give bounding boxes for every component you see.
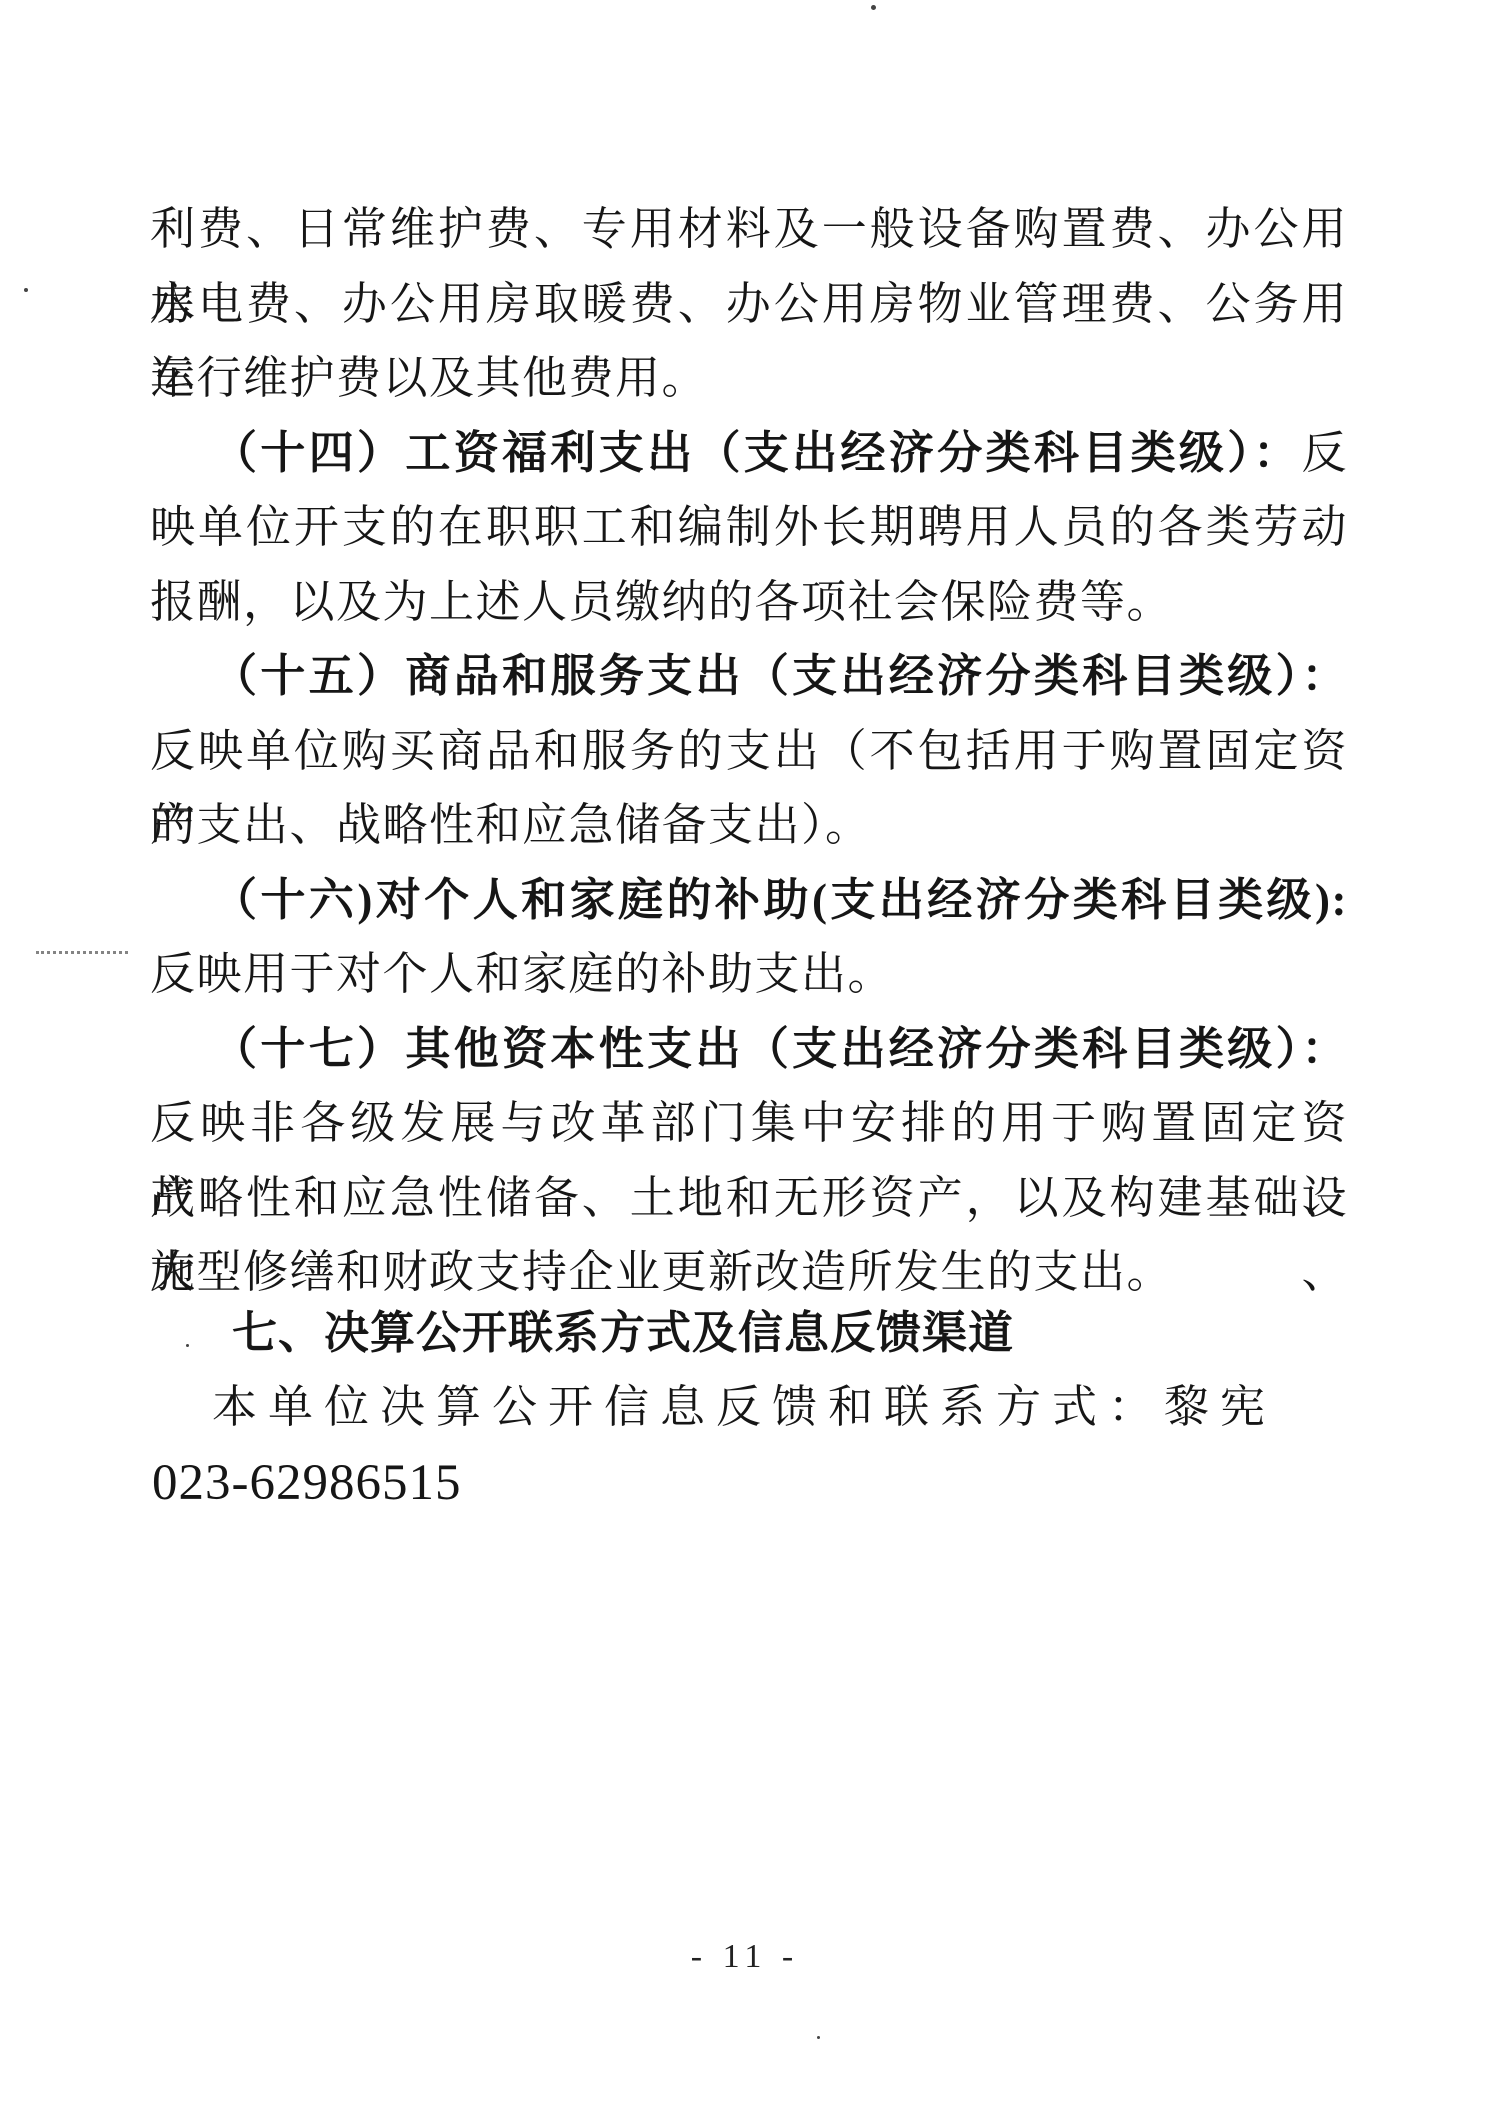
- text-segment: （十七）其他资本性支出（支出经济分类科目类级）：: [212, 1024, 1348, 1074]
- document-page: { "document": { "lines": [ { "indent": f…: [0, 0, 1490, 2104]
- text-line: 报酬，以及为上述人员缴纳的各项社会保险费等。: [150, 565, 1348, 640]
- page-number: - 11 -: [0, 1938, 1490, 1976]
- section-heading: 七、决算公开联系方式及信息反馈渠道: [150, 1296, 1348, 1371]
- text-segment: 大型修缮和财政支持企业更新改造所发生的支出。: [150, 1247, 1173, 1297]
- text-line: （十四）工资福利支出（支出经济分类科目类级）：反: [150, 416, 1348, 491]
- text-line: 利费、日常维护费、专用材料及一般设备购置费、办公用房: [150, 192, 1348, 267]
- text-segment: 反映用于对个人和家庭的补助支出。: [150, 949, 894, 999]
- text-line: 反映单位购买商品和服务的支出（不包括用于购置固定资产: [150, 714, 1348, 789]
- scan-speck: [817, 2036, 820, 2039]
- scan-speck: [871, 5, 876, 10]
- text-segment: （十五）商品和服务支出（支出经济分类科目类级）：: [212, 651, 1348, 701]
- text-line: （十六)对个人和家庭的补助(支出经济分类科目类级):: [150, 863, 1348, 938]
- text-line: 水电费、办公用房取暖费、办公用房物业管理费、公务用车: [150, 267, 1348, 342]
- text-segment: （十六)对个人和家庭的补助(支出经济分类科目类级):: [212, 875, 1348, 925]
- scan-speck: [186, 1344, 189, 1347]
- text-segment: 反: [1301, 428, 1348, 478]
- scan-dash-artifact: [36, 951, 128, 954]
- text-segment: （十四）工资福利支出（支出经济分类科目类级）：: [212, 428, 1301, 478]
- phone-number: 023-62986515: [152, 1446, 461, 1521]
- text-line: 反映非各级发展与改革部门集中安排的用于购置固定资产、: [150, 1086, 1348, 1161]
- text-segment: 报酬，以及为上述人员缴纳的各项社会保险费等。: [150, 577, 1173, 627]
- scan-speck: [24, 288, 28, 292]
- text-line: 映单位开支的在职职工和编制外长期聘用人员的各类劳动: [150, 490, 1348, 565]
- text-segment: 运行维护费以及其他费用。: [150, 353, 708, 403]
- text-line: 运行维护费以及其他费用。: [150, 341, 1348, 416]
- text-line: （十五）商品和服务支出（支出经济分类科目类级）：: [150, 639, 1348, 714]
- text-line: （十七）其他资本性支出（支出经济分类科目类级）：: [150, 1012, 1348, 1087]
- contact-info-line: 本单位决算公开信息反馈和联系方式：黎宪: [150, 1370, 1348, 1445]
- text-line: 反映用于对个人和家庭的补助支出。: [150, 937, 1348, 1012]
- text-line: 战略性和应急性储备、土地和无形资产，以及构建基础设施、: [150, 1161, 1348, 1236]
- text-line: 的支出、战略性和应急储备支出）。: [150, 788, 1348, 863]
- text-segment: 映单位开支的在职职工和编制外长期聘用人员的各类劳动: [150, 502, 1348, 552]
- body-lines: 利费、日常维护费、专用材料及一般设备购置费、办公用房水电费、办公用房取暖费、办公…: [150, 192, 1348, 1310]
- text-segment: 的支出、战略性和应急储备支出）。: [150, 800, 872, 850]
